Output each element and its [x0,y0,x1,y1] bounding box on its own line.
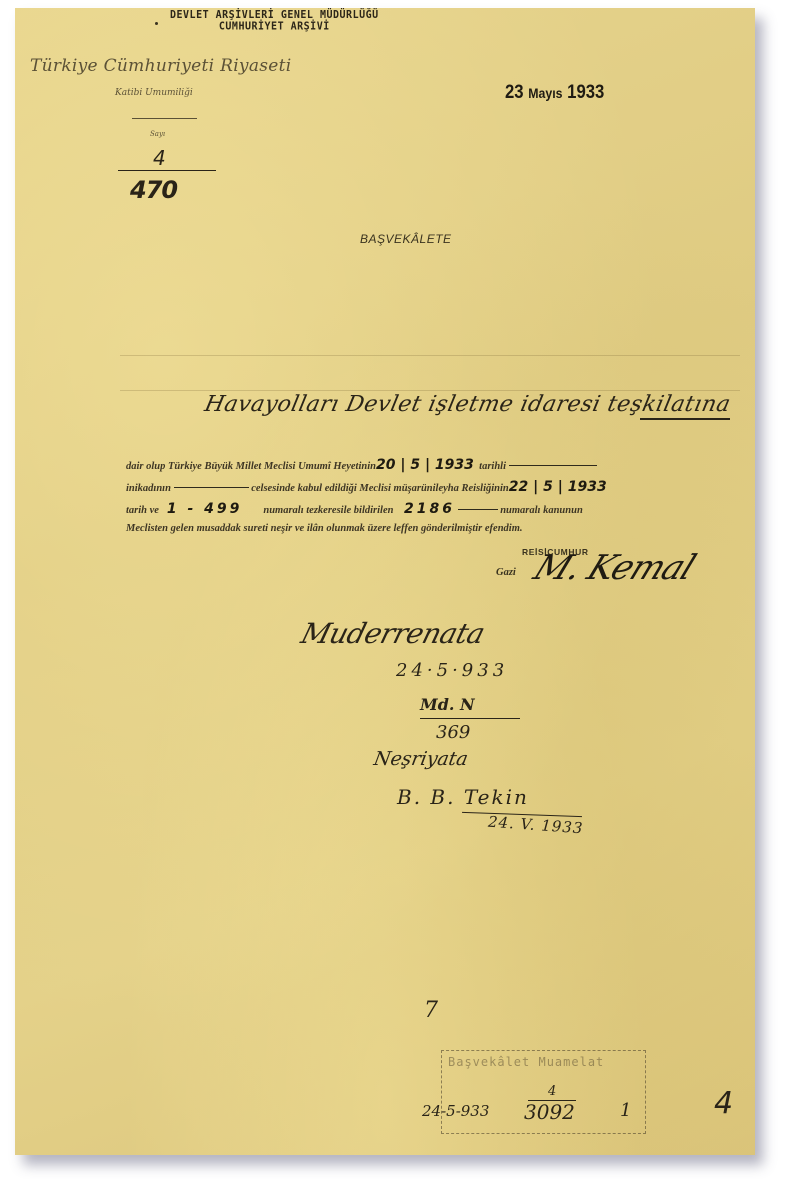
body-line-3: tarih ve 1 - 499 numaralı tezkeresile bi… [126,501,583,517]
letterhead-subtitle: Katibi Umumiliği [115,88,193,98]
assembly-date: 20 | 5 | 1933 [376,457,474,473]
number-label: Sayı [150,130,165,138]
annotation-note1: Muderrenata [298,617,489,650]
page-mark: 7 [424,998,438,1023]
letterhead-title: Türkiye Cümhuriyeti Riyaseti [30,56,292,76]
signature-prefix: Gazi [496,567,516,578]
blank-field [458,509,498,510]
annotation-underline [420,718,520,719]
file-number-top: 4 [153,146,166,170]
body-line-2: inikadının celsesinde kabul edildiği Mec… [126,479,607,495]
letterhead-rule [132,118,197,119]
subject-tail-stroke [640,418,730,420]
registry-date: 24-5-933 [422,1102,489,1120]
addressee: BAŞVEKÂLETE [360,232,452,246]
file-number-divider [118,170,216,171]
subject-handwritten: Havayolları Devlet işletme idaresi teşki… [202,392,733,417]
body-line-4: Meclisten gelen musaddak sureti neşir ve… [126,523,523,534]
annotation-note1-date: 24·5·933 [396,660,508,681]
annotation-note3: Neşriyata [372,748,470,770]
archive-stamp: DEVLET ARŞİVLERİ GENEL MÜDÜRLÜĞÜ CUMHURİ… [170,9,379,32]
date-day: 23 [505,82,524,103]
law-number: 2186 [404,501,455,517]
archive-stamp-line1: DEVLET ARŞİVLERİ GENEL MÜDÜRLÜĞÜ [170,9,379,21]
signature: M. Kemal [528,548,701,588]
annotation-note2: Md. N [420,695,475,714]
memo-number: 1 - 499 [167,501,243,517]
date-year: 1933 [567,82,604,103]
date-month: Mayıs [528,85,562,101]
registry-stamp-title: Başvekâlet Muamelat [448,1055,604,1069]
registry-fraction-top: 4 [548,1084,556,1099]
annotation-note3-name: B. B. Tekin [397,785,529,809]
ruled-line [120,390,740,391]
blank-field [509,465,597,466]
ruled-line [120,355,740,356]
body-line-1: dair olup Türkiye Büyük Millet Meclisi U… [126,457,597,473]
registry-page: 1 [620,1100,631,1121]
presidency-date: 22 | 5 | 1933 [509,479,607,495]
file-number-bottom: 470 [130,176,177,204]
archive-stamp-line2: CUMHURİYET ARŞİVİ [170,21,379,33]
registry-fraction-bottom: 3092 [524,1100,575,1124]
ink-speck [155,22,158,25]
annotation-note2-number: 369 [436,722,470,743]
date-stamp: 23 Mayıs 1933 [505,82,604,104]
corner-number: 4 [714,1086,733,1121]
blank-field [174,487,249,488]
